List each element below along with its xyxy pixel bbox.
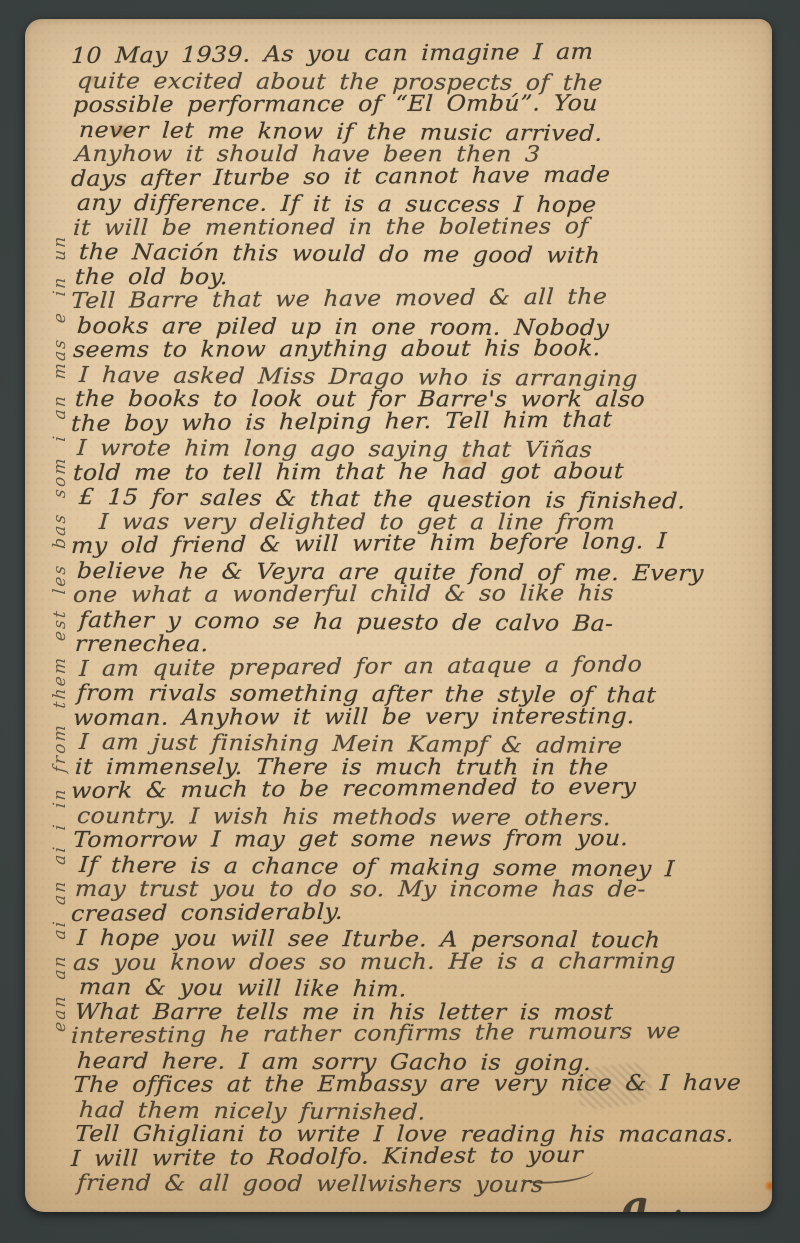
letter-line: days after Iturbe so it cannot have made — [70, 161, 772, 192]
letter-line: The offices at the Embassy are very nice… — [72, 1072, 772, 1099]
letter-line: Tomorrow I may get some news from you. — [72, 827, 772, 854]
letter-line: my old friend & will write him before lo… — [70, 529, 772, 560]
letter-line: interesting he rather confirms the rumou… — [70, 1019, 772, 1050]
letter-line: one what a wonderful child & so like his — [72, 582, 772, 609]
letter-line: as you know does so much. He is a charmi… — [72, 949, 772, 976]
letter-body: 10 May 1939. As you can imagine I amquit… — [71, 45, 772, 1197]
signature-period: . — [673, 1191, 682, 1212]
letter-line: woman. Anyhow it will be very interestin… — [72, 704, 772, 731]
letter-line: Tell Barre that we have moved & all the — [70, 284, 772, 315]
letter-line: possible performance of “El Ombú”. You — [72, 92, 772, 119]
letter-line: creased considerably. — [70, 896, 772, 927]
signature-initial: g — [621, 1181, 647, 1212]
letter-line: I will write to Rodolfo. Kindest to your — [70, 1141, 772, 1172]
scanned-postcard-photo: ean an ai an ai i in from them est les b… — [0, 0, 800, 1243]
postcard: ean an ai an ai i in from them est les b… — [25, 19, 772, 1212]
letter-line: told me to tell him that he had got abou… — [72, 459, 772, 486]
signature: g. — [621, 1178, 682, 1212]
letter-line: work & much to be recommended to every — [70, 774, 772, 805]
letter-line: it will be mentioned in the boletines of — [72, 214, 772, 241]
letter-line: 10 May 1939. As you can imagine I am — [70, 39, 772, 70]
letter-line: I am quite prepared for an ataque a fond… — [78, 651, 772, 682]
letter-line: seems to know anything about his book. — [72, 337, 772, 364]
letter-line: the boy who is helping her. Tell him tha… — [70, 406, 772, 437]
vertical-margin-note: ean an ai an ai i in from them est les b… — [49, 131, 73, 1033]
